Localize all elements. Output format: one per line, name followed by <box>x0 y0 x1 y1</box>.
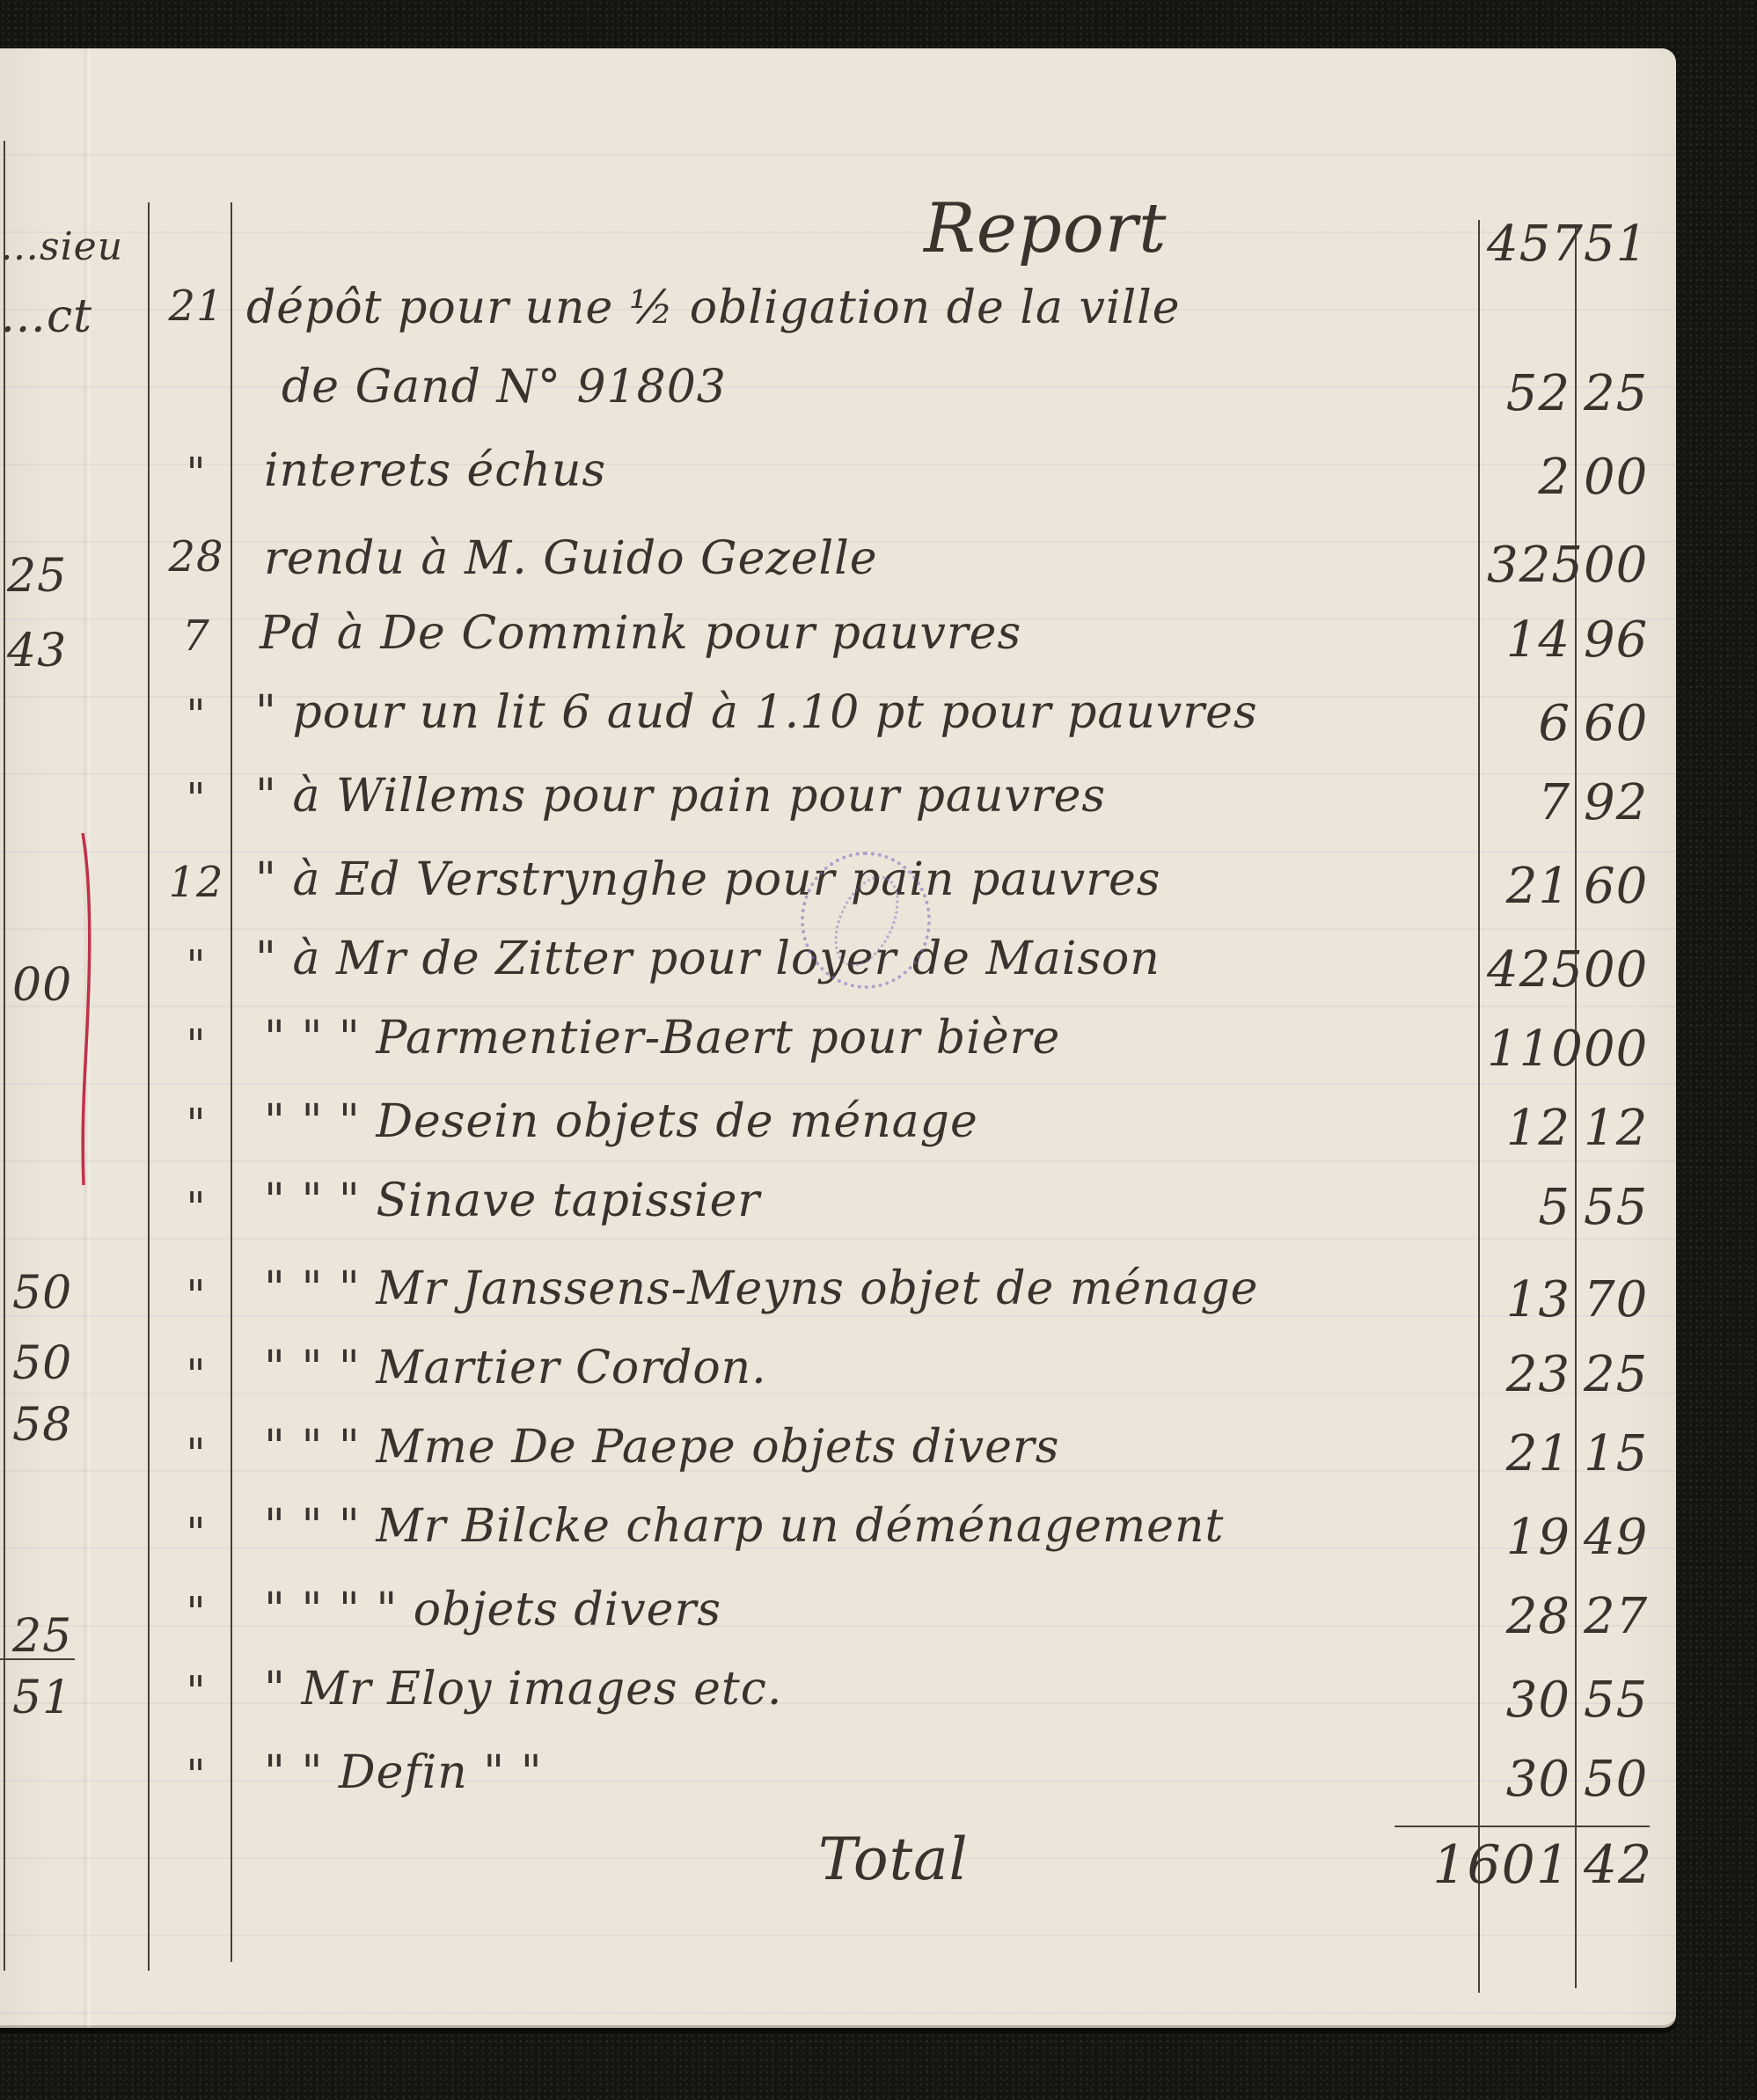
total-label: Total <box>818 1826 969 1893</box>
entry-centimes: 50 <box>1584 1751 1663 1808</box>
entry-day: " <box>157 1667 236 1716</box>
centimes-column-rule <box>1575 224 1577 1988</box>
entry-description: " " " Mr Janssens-Meyns objet de ménage <box>264 1262 1258 1315</box>
entry-description: interets échus <box>264 444 606 497</box>
entry-description: dépôt pour une ½ obligation de la ville <box>246 282 1181 334</box>
entry-francs: 325 <box>1487 537 1570 594</box>
left-page-amount: 58 <box>12 1399 72 1452</box>
left-page-amount: 00 <box>12 959 72 1012</box>
entry-description: " " " Desein objets de ménage <box>264 1095 978 1148</box>
entry-francs: 23 <box>1487 1346 1570 1403</box>
entry-description: " " Defin " " <box>264 1746 543 1799</box>
entry-description: " " " " objets divers <box>264 1584 721 1636</box>
entry-centimes: 55 <box>1584 1179 1663 1236</box>
entry-francs: 21 <box>1487 858 1570 915</box>
entry-description: " " " Mr Bilcke charp un déménagement <box>264 1500 1224 1553</box>
entry-description: " à Willems pour pain pour pauvres <box>255 770 1106 823</box>
carried-forward-label: Report <box>924 189 1167 268</box>
entry-centimes: 60 <box>1584 858 1663 915</box>
total-rule <box>1395 1826 1650 1827</box>
entry-francs: 28 <box>1487 1588 1570 1645</box>
entry-description: " à Ed Verstrynghe pour pain pauvres <box>255 853 1160 906</box>
entry-centimes: 00 <box>1584 941 1663 999</box>
entry-centimes: 27 <box>1584 1588 1663 1645</box>
entry-centimes: 60 <box>1584 695 1663 752</box>
left-page-amount: 43 <box>7 625 67 677</box>
entry-francs: 21 <box>1487 1425 1570 1482</box>
entry-centimes: 55 <box>1584 1672 1663 1729</box>
entry-francs: 6 <box>1487 695 1570 752</box>
entry-francs: 30 <box>1487 1672 1570 1729</box>
entry-description: Pd à De Commink pour pauvres <box>260 607 1021 660</box>
entry-centimes: 25 <box>1584 365 1663 422</box>
total-centimes: 42 <box>1584 1834 1663 1896</box>
entry-description: " Mr Eloy images etc. <box>264 1663 782 1716</box>
entry-day: " <box>157 1751 236 1800</box>
entry-centimes: 00 <box>1584 1021 1663 1078</box>
entry-day: " <box>157 1430 236 1479</box>
entry-centimes: 00 <box>1584 537 1663 594</box>
left-page-amount: 50 <box>12 1337 72 1390</box>
entry-description: rendu à M. Guido Gezelle <box>264 532 878 585</box>
left-page-header-fragment: …sieu <box>0 224 123 269</box>
entry-description: " " " Parmentier-Baert pour bière <box>264 1012 1060 1065</box>
entry-francs: 7 <box>1487 774 1570 831</box>
entry-centimes: 49 <box>1584 1509 1663 1566</box>
carried-forward-centimes: 51 <box>1584 216 1663 273</box>
entry-francs: 12 <box>1487 1100 1570 1157</box>
entry-francs: 2 <box>1487 449 1570 506</box>
entry-day: " <box>157 449 236 498</box>
left-page-amount: 25 <box>12 1610 72 1663</box>
entry-day: 21 <box>157 282 236 331</box>
stamp-monogram <box>822 866 912 977</box>
entry-day: 28 <box>157 532 236 582</box>
entry-day: " <box>157 1271 236 1321</box>
entry-centimes: 00 <box>1584 449 1663 506</box>
left-page-amount: 50 <box>12 1267 72 1320</box>
entry-centimes: 92 <box>1584 774 1663 831</box>
entry-description: " " " Martier Cordon. <box>264 1342 767 1394</box>
entry-day: " <box>157 1183 236 1233</box>
francs-column-rule <box>1478 220 1480 1993</box>
left-page-subheader-fragment: …ct <box>0 290 92 343</box>
entry-day: 7 <box>157 611 236 661</box>
left-page-total-rule <box>0 1658 75 1660</box>
entry-centimes: 15 <box>1584 1425 1663 1482</box>
entry-francs: 14 <box>1487 611 1570 669</box>
entry-francs: 5 <box>1487 1179 1570 1236</box>
entry-day: " <box>157 1509 236 1558</box>
entry-centimes: 96 <box>1584 611 1663 669</box>
entry-centimes: 25 <box>1584 1346 1663 1403</box>
entry-day: " <box>157 941 236 991</box>
entry-day: " <box>157 1350 236 1400</box>
entry-description: " " " Mme De Paepe objets divers <box>264 1421 1059 1474</box>
entry-day: " <box>157 1588 236 1637</box>
entry-centimes: 70 <box>1584 1271 1663 1328</box>
entry-day: " <box>157 691 236 740</box>
entry-francs: 52 <box>1487 365 1570 422</box>
entry-description: " à Mr de Zitter pour loyer de Maison <box>255 933 1160 985</box>
entry-day: " <box>157 1021 236 1070</box>
red-thread <box>79 831 92 1188</box>
entry-francs: 19 <box>1487 1509 1570 1566</box>
entry-francs: 110 <box>1487 1021 1570 1078</box>
entry-description: " pour un lit 6 aud à 1.10 pt pour pauvr… <box>255 686 1258 739</box>
left-page-amount: 25 <box>7 550 67 603</box>
entry-day: " <box>157 774 236 823</box>
entry-day: 12 <box>157 858 236 907</box>
total-francs: 1601 <box>1381 1834 1570 1896</box>
entry-francs: 13 <box>1487 1271 1570 1328</box>
left-page-total: 51 <box>12 1672 72 1724</box>
entry-day: " <box>157 1100 236 1149</box>
carried-forward-francs: 457 <box>1487 216 1570 273</box>
entry-centimes: 12 <box>1584 1100 1663 1157</box>
entry-description: de Gand N° 91803 <box>282 361 727 413</box>
violet-stamp-icon <box>801 852 931 989</box>
left-page-amount-rule <box>148 202 150 1971</box>
entry-francs: 425 <box>1487 941 1570 999</box>
entry-francs: 30 <box>1487 1751 1570 1808</box>
left-page-edge-rule <box>4 141 5 1971</box>
entry-description: " " " Sinave tapissier <box>264 1174 760 1227</box>
